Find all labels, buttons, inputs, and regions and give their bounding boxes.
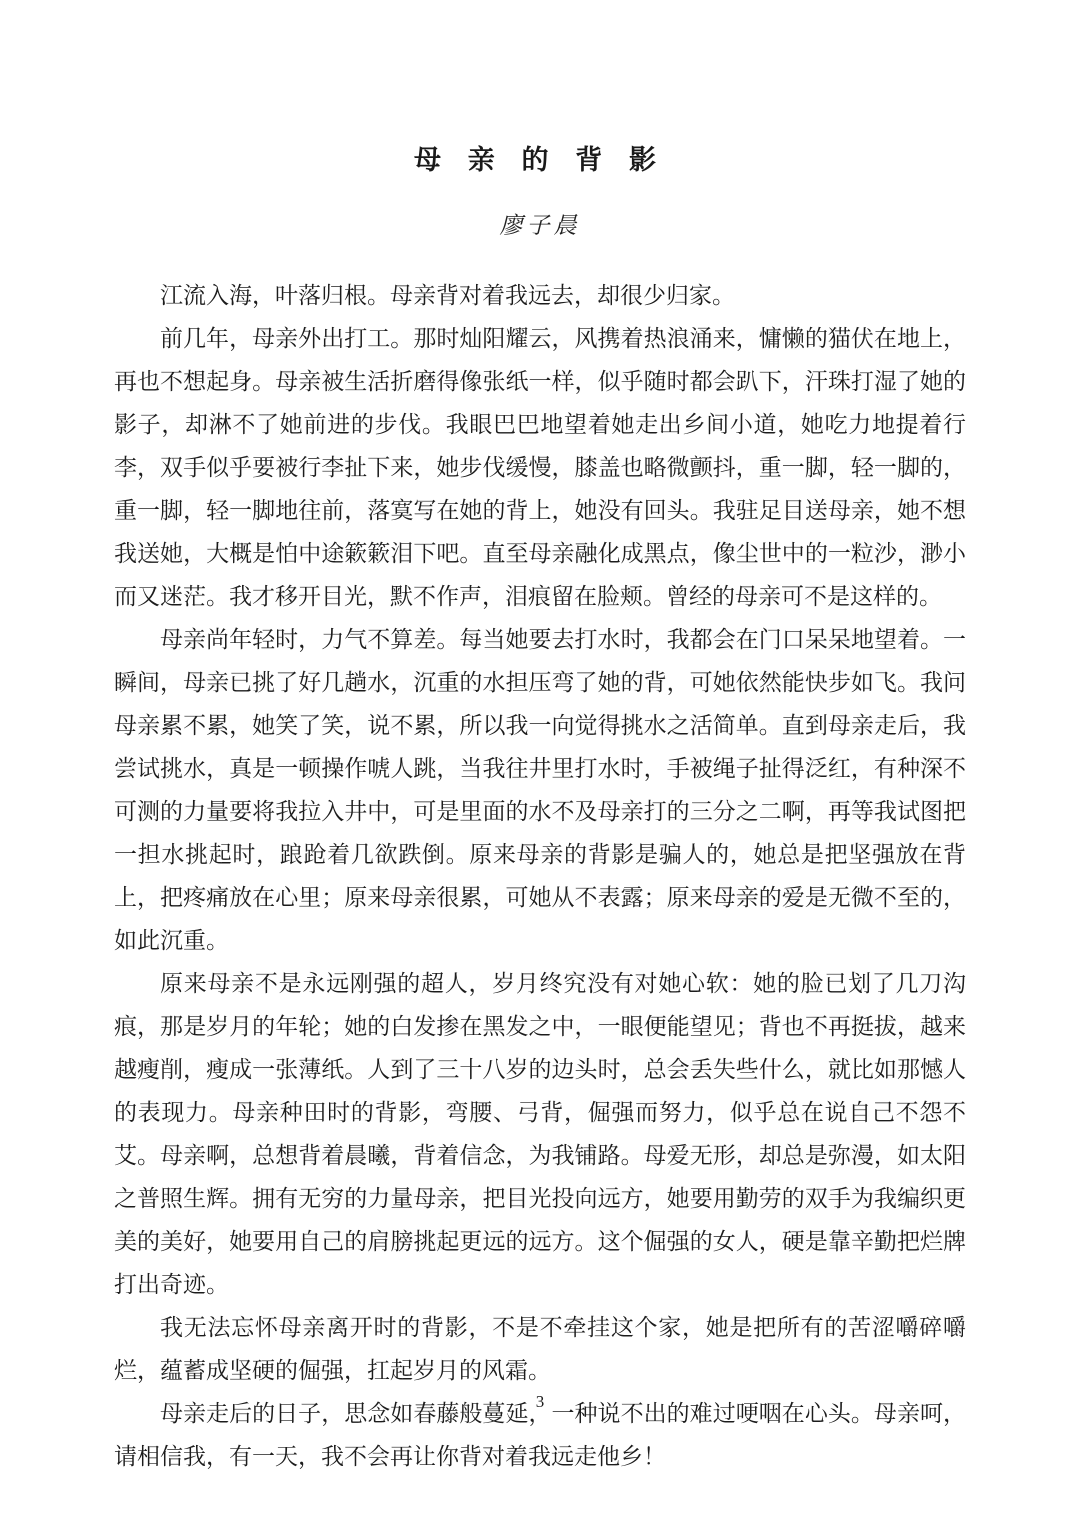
page-number: 3 [0, 1392, 1080, 1412]
paragraph: 江流入海，叶落归根。母亲背对着我远去，却很少归家。 [114, 274, 966, 317]
essay-body: 江流入海，叶落归根。母亲背对着我远去，却很少归家。 前几年，母亲外出打工。那时灿… [114, 274, 966, 1478]
paragraph: 原来母亲不是永远刚强的超人，岁月终究没有对她心软：她的脸已划了几刀沟痕，那是岁月… [114, 962, 966, 1306]
paragraph: 前几年，母亲外出打工。那时灿阳耀云，风携着热浪涌来，慵懒的猫伏在地上，再也不想起… [114, 317, 966, 618]
document-page: 母 亲 的 背 影 廖子晨 江流入海，叶落归根。母亲背对着我远去，却很少归家。 … [0, 0, 1080, 1528]
paragraph: 母亲尚年轻时，力气不算差。每当她要去打水时，我都会在门口呆呆地望着。一瞬间，母亲… [114, 618, 966, 962]
paragraph: 我无法忘怀母亲离开时的背影，不是不牵挂这个家，她是把所有的苦涩嚼碎嚼烂，蕴蓄成坚… [114, 1306, 966, 1392]
essay-title: 母 亲 的 背 影 [0, 138, 1080, 177]
essay-author: 廖子晨 [0, 207, 1080, 240]
